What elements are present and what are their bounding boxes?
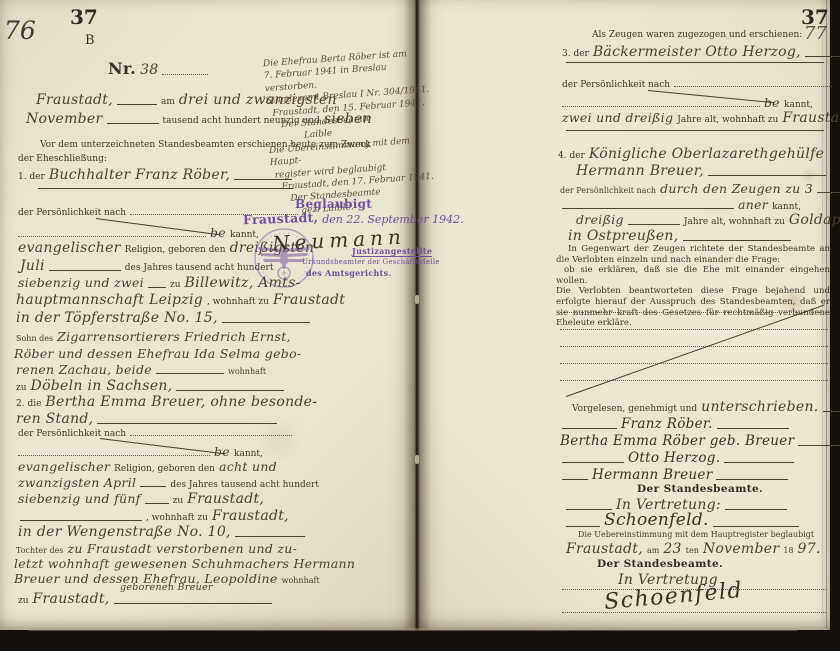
signature-line: Franz Röber. (562, 416, 789, 432)
blank-rule (566, 62, 824, 63)
blank-dotted-line (560, 329, 828, 330)
signature-line: Otto Herzog. (562, 450, 794, 466)
witness4-identity-line: der Persönlichkeit nach durch den Zeugen… (560, 181, 840, 196)
religion-hw: evangelischer (18, 459, 110, 474)
blank-rule (724, 462, 794, 463)
recognized-printed: kannt, (772, 202, 801, 212)
blank-rule (130, 435, 292, 436)
parents-cont: Röber und dessen Ehefrau Ida Selma gebo- (14, 346, 301, 361)
blank-rule (713, 526, 799, 527)
clerk-title: Urkundsbeamter der Geschäftsstelle (302, 258, 440, 266)
signature-franz-roeber: Franz Röber. (621, 416, 713, 432)
witness4-identity-line-2: aner kannt, (562, 197, 801, 212)
blank-rule (148, 287, 166, 288)
blank-rule (717, 428, 789, 429)
blank-rule (628, 224, 680, 225)
blank-rule (18, 236, 206, 237)
birth-day: acht und (219, 459, 277, 474)
birth-day-cont: zwanzigsten April (18, 475, 136, 490)
signature-bertha-roeber: Bertha Emma Röber geb. Breuer (560, 433, 794, 449)
date-month: November (26, 111, 103, 127)
witness4-age-line: dreißig Jahre alt, wohnhaft zu Goldap (576, 212, 840, 228)
blank-rule (562, 462, 624, 463)
birth-year: siebenzig und fünf (18, 491, 141, 506)
age-label: Jahre alt, wohnhaft zu (684, 217, 785, 227)
blank-rule (235, 536, 305, 537)
bride-religion-line: evangelischer Religion, geboren den acht… (18, 459, 277, 474)
witness3-name: Bäckermeister Otto Herzog, (593, 44, 801, 60)
zu-label: zu (16, 383, 27, 393)
age-hw: zwei und dreißig (562, 110, 673, 125)
signature-schoenfeld: Schoenfeld. (604, 510, 709, 530)
blank-rule (97, 423, 277, 424)
signature-line: Hermann Breuer (562, 467, 788, 483)
parents-residence: Döbeln in Sachsen, (31, 378, 173, 394)
street: in der Töpferstraße No. 15, (16, 310, 218, 326)
groom-identity-line-2: be kannt, (18, 225, 259, 240)
closing-hw: unterschrieben. (701, 399, 818, 415)
religion-label: Religion, geboren den (125, 245, 226, 255)
witness4-residence-line: in Ostpreußen, (568, 228, 791, 244)
bride-parents-residence-line: zu Fraustadt, (18, 591, 272, 607)
blank-rule (562, 208, 734, 209)
certification-text: Die Uebereinstimmung mit dem Hauptregist… (578, 530, 814, 539)
blank-rule (817, 192, 840, 193)
parents-cont: renen Zachau, beide (16, 362, 152, 377)
identity-hw: be (764, 95, 780, 110)
religion-hw: evangelischer (18, 240, 121, 256)
declaration-text: Die Verlobten beantworteten diese Frage … (556, 286, 830, 328)
identity-label: der Persönlichkeit nach (562, 80, 670, 90)
bride-identity-line: der Persönlichkeit nach (18, 429, 292, 439)
left-copy-number: 76 (4, 16, 36, 45)
witness3-identity-line-2: be kannt, (562, 95, 813, 110)
bride-name-cont: ren Stand, (16, 411, 93, 427)
witness4-name: Königliche Oberlazarethgehülfe (589, 146, 824, 162)
bride-father-line-2: letzt wohnhaft gewesenen Schuhmachers He… (14, 556, 355, 571)
groom-parents-line: Röber und dessen Ehefrau Ida Selma gebo- (14, 346, 301, 361)
bride-birth-line: zwanzigsten April des Jahres tausend ach… (18, 475, 319, 490)
blank-rule (805, 56, 840, 57)
birth-year: siebenzig und zwei (18, 275, 144, 290)
witness4-name-line: 4. der Königliche Oberlazarethgehülfe (558, 146, 824, 162)
blank-rule (176, 390, 284, 391)
closing-line: Vorgelesen, genehmigt und unterschrieben… (572, 399, 840, 415)
left-page-number: 37 (70, 5, 98, 29)
groom-name: Buchhalter Franz Röber, (49, 167, 230, 183)
blank-rule (562, 428, 617, 429)
blank-rule (566, 526, 600, 527)
bride-birthyear-line: siebenzig und fünf zu Fraustadt, (18, 491, 264, 507)
religion-label: Religion, geboren den (114, 464, 215, 474)
witness3-name-line: 3. der Bäckermeister Otto Herzog, (562, 44, 840, 60)
groom-birth-line: Juli des Jahres tausend acht hundert (20, 258, 273, 274)
birth-place: Fraustadt, (187, 491, 264, 507)
residence-label: , wohnhaft zu (207, 297, 269, 307)
blank-rule (562, 106, 760, 107)
cert-year: 97. (798, 541, 821, 557)
blank-rule (156, 373, 224, 374)
blank-rule (823, 411, 840, 412)
clerk-title: des Amtsgerichts. (306, 268, 392, 278)
age-hw: dreißig (576, 212, 624, 227)
cert-ten: ten (686, 546, 699, 555)
blank-dotted-line (560, 346, 828, 347)
blank-dotted-line (560, 312, 828, 313)
clerk-stamp-line-3: des Amtsgerichts. (306, 268, 392, 278)
registrar-label-line: Der Standesbeamte. (637, 483, 763, 495)
witness-heading-text: Als Zeugen waren zugezogen und erschiene… (592, 30, 802, 40)
identity-label: der Persönlichkeit nach (18, 429, 126, 439)
bride-identity-line-2: be kannt, (18, 444, 263, 459)
am-label: am (161, 97, 175, 107)
record-number-line: Nr. 38 (108, 59, 208, 78)
residence: Goldap (789, 212, 840, 228)
registry-book-photo: 37 76 B Nr. 38 Fraustadt, am drei und zw… (0, 0, 840, 651)
blank-rule (562, 479, 588, 480)
groom-residence-line: hauptmannschaft Leipzig , wohnhaft zu Fr… (16, 292, 345, 308)
parent-label: Tochter des (16, 546, 63, 555)
bride-street-line: in der Wengenstraße No. 10, (18, 524, 305, 540)
witness4-name-line-2: Hermann Breuer, (576, 163, 826, 179)
nr-value: 38 (140, 62, 158, 78)
stamp-date-line: Fraustadt, den 22. September 1942. (243, 211, 464, 226)
groom-parents-residence-line: zu Döbeln in Sachsen, (16, 378, 284, 394)
clerk-stamp-line-2: Urkundsbeamter der Geschäftsstelle (302, 258, 440, 266)
blank-rule (114, 603, 272, 604)
residence: Fraustadt, (212, 508, 289, 524)
item-number: 1. der (18, 172, 45, 182)
witness4-name-cont: Hermann Breuer, (576, 163, 704, 179)
blank-line (566, 130, 824, 134)
cert-month: November (703, 541, 780, 557)
beglaubigt-stamp: Beglaubigt (295, 197, 372, 211)
date-place: Fraustadt, (36, 92, 113, 108)
binding-stitch (415, 455, 419, 464)
bride-name-line: 2. die Bertha Emma Breuer, ohne besonde- (16, 394, 317, 410)
residence: Fraustadt (273, 292, 345, 308)
identity-hw: durch den Zeugen zu 3 (660, 181, 813, 196)
blank-rule (145, 503, 169, 504)
cert-day: 23 (663, 541, 681, 557)
certification-date-line: Fraustadt, am 23 ten November 18 97. (566, 541, 821, 557)
bride-residence-line: , wohnhaft zu Fraustadt, (20, 508, 289, 524)
witness-heading: Als Zeugen waren zugezogen und erschiene… (592, 30, 802, 40)
birth-month: Juli (20, 258, 45, 274)
blank-rule (716, 479, 788, 480)
zu-label: zu (170, 280, 181, 290)
bride-name-line-2: ren Stand, (16, 411, 277, 427)
blank-rule (798, 445, 840, 446)
age-label: Jahre alt, wohnhaft zu (677, 115, 778, 125)
identity-hw: be (214, 444, 230, 459)
blank-rule (708, 175, 826, 176)
cert-place: Fraustadt, (566, 541, 643, 557)
signature-otto-herzog: Otto Herzog. (628, 450, 720, 466)
witness3-age-line: zwei und dreißig Jahre alt, wohnhaft zu … (562, 110, 840, 126)
street: in der Wengenstraße No. 10, (18, 524, 231, 540)
bride-father-line: Tochter des zu Fraustadt verstorbenen un… (16, 541, 297, 556)
identity-printed: kannt, (784, 100, 813, 110)
blank-rule (683, 240, 791, 241)
nr-label: Nr. (108, 59, 136, 78)
right-copy-number: 77 (804, 23, 827, 44)
residence-label: , wohnhaft zu (146, 513, 208, 523)
blank-rule (674, 86, 832, 87)
zu-label: zu (18, 596, 29, 606)
groom-parents-line-2: renen Zachau, beide wohnhaft (16, 362, 266, 377)
margin-note: Die Ehefrau Berta Röber ist am 7. Februa… (263, 46, 449, 219)
intro-text: der Eheschließung: (18, 154, 107, 164)
blank-dotted-line (560, 363, 828, 364)
page-bottom-edge (28, 628, 798, 631)
section-letter: B (85, 33, 95, 48)
signature-hermann-breuer: Hermann Breuer (592, 467, 712, 483)
blank-dotted-line (560, 380, 828, 381)
certification-line: Die Uebereinstimmung mit dem Hauptregist… (578, 530, 814, 539)
stamp-date-hw: den 22. September 1942. (322, 213, 463, 226)
year-label: des Jahres tausend acht hundert (170, 480, 319, 490)
blank-rule (566, 130, 824, 131)
registrar-label: Der Standesbeamte. (597, 558, 723, 570)
residence-cont: in Ostpreußen, (568, 228, 679, 244)
blank-rule (222, 322, 310, 323)
cert-year-printed: 18 (783, 546, 793, 555)
wohnhaft-label: wohnhaft (282, 576, 320, 585)
identity-hw: be (210, 225, 226, 240)
blank-rule (38, 188, 293, 189)
signature-line: Bertha Emma Röber geb. Breuer (560, 433, 840, 449)
clerk-stamp-line-1: Justizangestellte (352, 246, 432, 257)
declaration-text: In Gegenwart der Zeugen richtete der Sta… (556, 244, 830, 265)
identity-label: der Persönlichkeit nach (18, 208, 126, 218)
birth-place-cont: hauptmannschaft Leipzig (16, 292, 203, 308)
blank-rule (140, 486, 166, 487)
blank-rule (162, 74, 208, 75)
blank-line (38, 188, 293, 192)
cert-am: am (647, 546, 659, 555)
clerk-title: Justizangestellte (352, 246, 432, 257)
father: Zigarrensortierers Friedrich Ernst, (57, 329, 291, 344)
wohnhaft-label: wohnhaft (228, 367, 266, 376)
parent-label: Sohn des (16, 334, 53, 343)
intro-line-2: der Eheschließung: (18, 154, 107, 164)
fraustadt-stamp: Fraustadt, (243, 210, 319, 228)
blank-line (566, 62, 824, 66)
declaration-text: ob sie erklären, daß sie die Ehe mit ein… (556, 265, 830, 286)
blank-rule (117, 104, 157, 105)
closing-printed: Vorgelesen, genehmigt und (572, 404, 697, 414)
deputy-signature-line: Schoenfeld. (566, 510, 799, 530)
blank-dotted-line (562, 612, 826, 613)
binding-stitch (415, 295, 419, 304)
residence: Fraustadt, (782, 110, 840, 126)
groom-father-line: Sohn des Zigarrensortierers Friedrich Er… (16, 329, 291, 344)
item-number: 4. der (558, 151, 585, 161)
blank-rule (107, 123, 159, 124)
identity-printed: kannt, (234, 449, 263, 459)
groom-name-line: 1. der Buchhalter Franz Röber, (18, 167, 292, 183)
father-line: letzt wohnhaft gewesenen Schuhmachers He… (14, 556, 355, 571)
item-number: 3. der (562, 49, 589, 59)
registrar-label-line-2: Der Standesbeamte. (597, 558, 723, 570)
groom-street-line: in der Töpferstraße No. 15, (16, 310, 310, 326)
identity-label: der Persönlichkeit nach (560, 186, 656, 195)
beglaubigt-text: Beglaubigt (295, 197, 372, 211)
father-line: zu Fraustadt verstorbenen und zu- (67, 541, 297, 556)
item-number: 2. die (16, 399, 41, 409)
witness3-identity-line: der Persönlichkeit nach (562, 80, 832, 90)
blank-rule (18, 455, 210, 456)
recognized-hw: aner (738, 197, 768, 212)
zu-label: zu (173, 496, 184, 506)
bride-name: Bertha Emma Breuer, ohne besonde- (45, 394, 317, 410)
blank-rule (49, 270, 121, 271)
registrar-label: Der Standesbeamte. (637, 483, 763, 495)
parents-residence: Fraustadt, (33, 591, 110, 607)
blank-rule (20, 520, 142, 521)
